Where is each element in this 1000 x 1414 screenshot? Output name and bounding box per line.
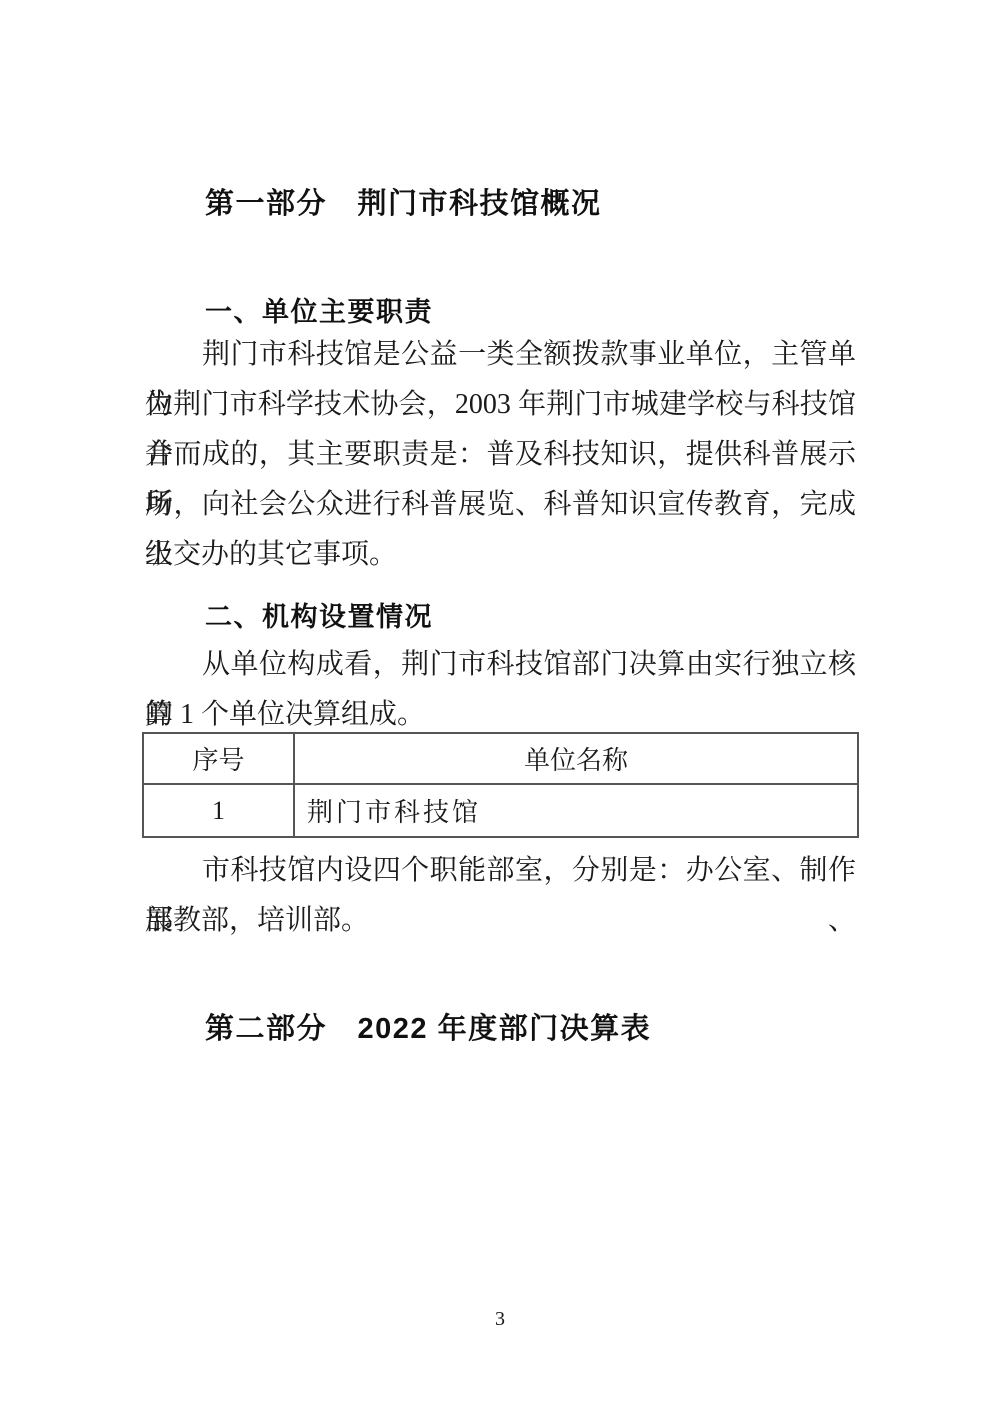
table-cell-unit-name: 荆门市科技馆 (294, 784, 858, 837)
paragraph-line: 级交办的其它事项。 (145, 530, 856, 580)
paragraph-line: 荆门市科技馆是公益一类全额拨款事业单位，主管单位 (145, 330, 856, 380)
table-cell-serial: 1 (143, 784, 294, 837)
table-header-单位名称: 单位名称 (294, 733, 858, 784)
table-row: 1 荆门市科技馆 (143, 784, 858, 837)
section1-paragraph: 荆门市科技馆是公益一类全额拨款事业单位，主管单位 为荆门市科学技术协会，2003… (145, 330, 856, 580)
paragraph-line: 并而成的，其主要职责是：普及科技知识，提供科普展示场 (145, 430, 856, 480)
part2-title: 第二部分 2022 年度部门决算表 (205, 1006, 651, 1047)
document-page: 第一部分 荆门市科技馆概况 一、单位主要职责 荆门市科技馆是公益一类全额拨款事业… (0, 0, 1000, 1414)
page-number: 3 (0, 1308, 1000, 1331)
paragraph-line: 市科技馆内设四个职能部室，分别是：办公室、制作部、 (145, 846, 856, 896)
table-header-row: 序号 单位名称 (143, 733, 858, 784)
unit-list-table: 序号 单位名称 1 荆门市科技馆 (142, 732, 859, 838)
paragraph-line: 从单位构成看，荆门市科技馆部门决算由实行独立核算 (145, 640, 856, 690)
section1-heading: 一、单位主要职责 (205, 290, 433, 329)
table-header-序号: 序号 (143, 733, 294, 784)
paragraph-line: 为荆门市科学技术协会，2003 年荆门市城建学校与科技馆合 (145, 380, 856, 430)
paragraph-line: 所，向社会公众进行科普展览、科普知识宣传教育，完成上 (145, 480, 856, 530)
part1-title: 第一部分 荆门市科技馆概况 (205, 181, 602, 222)
section2-intro-paragraph: 从单位构成看，荆门市科技馆部门决算由实行独立核算 的 1 个单位决算组成。 (145, 640, 856, 740)
section2-after-paragraph: 市科技馆内设四个职能部室，分别是：办公室、制作部、 展教部，培训部。 (145, 846, 856, 946)
section2-heading: 二、机构设置情况 (205, 595, 433, 634)
